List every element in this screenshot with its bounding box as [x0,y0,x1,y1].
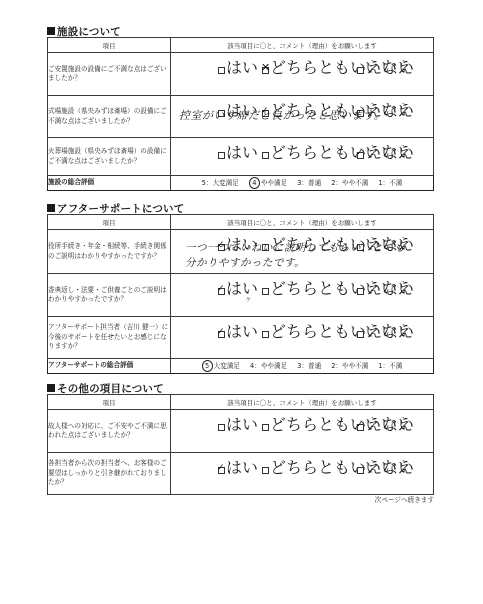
checkbox[interactable] [262,288,269,295]
other-items-table: 項目 該当項目に〇と、コメント（理由）をお願いします 故人様への対応に、ご不安や… [47,394,434,495]
rating-1[interactable]: 1：不満 [378,177,402,189]
rating-label-text: やや満足 [261,179,287,187]
question-text: 故人様への対応に、ご不安やご不満に思われた点はございましたか？ [48,410,171,453]
check-mark-icon: ✓ [356,421,364,430]
answer-cell: はい ✕どちらともいえない いいえ [171,53,434,96]
question-text: 役所手続き・年金・相続等、手続き関係のご説明はわかりやすかったですか？ [48,230,171,274]
rating-2[interactable]: 2：やや不満 [331,177,368,189]
question-text: 香典返し・法要・ご供養ごとのご説明はわかりやすかったですか？ [48,274,171,317]
check-mark-icon: ✓ [217,285,225,294]
question-row: 役所手続き・年金・相続等、手続き関係のご説明はわかりやすかったですか？ ✓はい … [48,230,434,274]
option-yes[interactable]: ✓はい [218,455,258,478]
checkbox-checked[interactable]: ✓ [357,152,364,159]
handwritten-comment-line2: 分かりやすかったです。 [185,255,305,270]
table-header-row: 項目 該当項目に〇と、コメント（理由）をお願いします [48,215,434,230]
circle-mark-icon: 4 [249,177,260,189]
checkbox[interactable] [218,152,225,159]
table-header-row: 項目 該当項目に〇と、コメント（理由）をお願いします [48,395,434,410]
question-row: 火葬場施設（県央みずほ斎場）の設備にご不満な点はございましたか？ はい どちらと… [48,138,434,176]
check-mark-icon: ✓ [217,464,225,473]
rating-4-selected[interactable]: 4やや満足 [249,177,287,189]
question-text: 各担当者から次の担当者へ、お客様のご要望はしっかりと引き継がれておりましたか？ [48,453,171,495]
option-yes[interactable]: はい [218,412,258,435]
option-label: いいえ [365,322,413,341]
square-bullet-icon [47,27,55,35]
checkbox[interactable] [262,331,269,338]
option-label: いいえ [365,279,413,298]
rating-scale: 5：大変満足 4やや満足 3：普通 2：やや不満 1：不満 [171,176,434,191]
option-no[interactable]: ✓いいえ [357,412,413,435]
answer-cell: ✓はい どちらともいえない いいえ ヶ [171,274,434,317]
rating-3[interactable]: 3：普通 [297,360,321,372]
option-label: はい [226,415,258,434]
rating-row: アフターサポートの総合評価 5大変満足 4：やや満足 3：普通 2：やや不満 1… [48,359,434,374]
option-label: はい [226,58,258,77]
square-bullet-icon [47,384,55,392]
rating-scale: 5大変満足 4：やや満足 3：普通 2：やや不満 1：不満 [171,359,434,374]
question-row: 各担当者から次の担当者へ、お客様のご要望はしっかりと引き継がれておりましたか？ … [48,453,434,495]
rating-2[interactable]: 2：やや不満 [331,360,368,372]
question-text: ご安置施設の設備にご不満な点はございましたか？ [48,53,171,96]
option-yes[interactable]: ✓はい [218,319,258,342]
handwritten-mark: ヶ [245,294,252,304]
circle-mark-icon: 5 [202,360,213,372]
checkbox[interactable] [218,424,225,431]
square-bullet-icon [47,204,55,212]
header-item: 項目 [48,395,171,410]
rating-label-text: 大変満足 [214,362,240,370]
checkbox[interactable] [357,288,364,295]
option-label: いいえ [365,58,413,77]
rating-4[interactable]: 4：やや満足 [250,360,287,372]
option-label: いいえ [365,143,413,162]
option-label: はい [226,322,258,341]
question-row: 香典返し・法要・ご供養ごとのご説明はわかりやすかったですか？ ✓はい どちらとも… [48,274,434,317]
rating-1[interactable]: 1：不満 [378,360,402,372]
header-answer: 該当項目に〇と、コメント（理由）をお願いします [171,215,434,230]
question-row: アフターサポート担当者（吉川 健一）に今後のサポートを任せたいとお感じになります… [48,317,434,359]
answer-cell: はい どちらともいえない ✓いいえ [171,410,434,453]
rating-label: アフターサポートの総合評価 [48,359,171,374]
option-label: いいえ [365,415,413,434]
rating-label: 施設の総合評価 [48,176,171,191]
check-mark-icon: ✓ [217,328,225,337]
option-yes[interactable]: はい [218,55,258,78]
question-text: 式場施設（県央みずほ斎場）の設備にご不満な点はございましたか？ [48,96,171,138]
question-text: 火葬場施設（県央みずほ斎場）の設備にご不満な点はございましたか？ [48,138,171,176]
rating-5[interactable]: 5：大変満足 [202,177,239,189]
answer-cell: ✓はい どちらともいえない いいえ [171,317,434,359]
rating-row: 施設の総合評価 5：大変満足 4やや満足 3：普通 2：やや不満 1：不満 [48,176,434,191]
checkbox-checked[interactable]: ✕ [262,67,269,74]
option-yes[interactable]: はい [218,140,258,163]
handwritten-comment: 控室がいす席だと良かったと思います。 [179,107,385,123]
header-answer: 該当項目に〇と、コメント（理由）をお願いします [171,38,434,53]
answer-cell: はい ✓どちらともいえない いいえ 控室がいす席だと良かったと思います。 [171,96,434,138]
checkbox-checked[interactable]: ✓ [357,424,364,431]
checkbox[interactable] [218,67,225,74]
checkbox-checked[interactable]: ✓ [218,331,225,338]
answer-cell: はい どちらともいえない ✓いいえ [171,138,434,176]
option-no[interactable]: いいえ [357,276,413,299]
handwritten-comment-line1: 一つ一つていねいに説明してもらい、とても [185,240,405,255]
option-no[interactable]: いいえ [357,319,413,342]
option-yes[interactable]: ✓はい [218,276,258,299]
question-text: アフターサポート担当者（吉川 健一）に今後のサポートを任せたいとお感じになります… [48,317,171,359]
checkbox[interactable] [357,331,364,338]
checkbox[interactable] [357,67,364,74]
answer-cell: ✓はい どちらともいえない いいえ [171,453,434,495]
checkbox-checked[interactable]: ✓ [218,467,225,474]
header-item: 項目 [48,215,171,230]
checkbox[interactable] [357,467,364,474]
after-support-table: 項目 該当項目に〇と、コメント（理由）をお願いします 役所手続き・年金・相続等、… [47,214,434,374]
option-label: はい [226,279,258,298]
checkbox-checked[interactable]: ✓ [218,288,225,295]
rating-5-selected[interactable]: 5大変満足 [202,360,240,372]
option-no[interactable]: いいえ [357,455,413,478]
check-mark-icon: ✓ [356,149,364,158]
continue-note: 次ページへ続きます [375,494,434,504]
option-label: いいえ [365,458,413,477]
checkbox[interactable] [262,152,269,159]
option-no[interactable]: いいえ [357,55,413,78]
table-header-row: 項目 該当項目に〇と、コメント（理由）をお願いします [48,38,434,53]
option-label: はい [226,458,258,477]
question-row: 式場施設（県央みずほ斎場）の設備にご不満な点はございましたか？ はい ✓どちらと… [48,96,434,138]
facilities-table: 項目 該当項目に〇と、コメント（理由）をお願いします ご安置施設の設備にご不満な… [47,37,434,191]
question-row: ご安置施設の設備にご不満な点はございましたか？ はい ✕どちらともいえない いい… [48,53,434,96]
question-row: 故人様への対応に、ご不安やご不満に思われた点はございましたか？ はい どちらとも… [48,410,434,453]
checkbox[interactable] [262,424,269,431]
option-no[interactable]: ✓いいえ [357,140,413,163]
header-answer: 該当項目に〇と、コメント（理由）をお願いします [171,395,434,410]
rating-3[interactable]: 3：普通 [297,177,321,189]
header-item: 項目 [48,38,171,53]
option-label: はい [226,143,258,162]
x-mark-icon: ✕ [261,63,270,72]
answer-cell: ✓はい どちらともいえない いいえ 一つ一つていねいに説明してもらい、とても 分… [171,230,434,274]
checkbox[interactable] [262,467,269,474]
